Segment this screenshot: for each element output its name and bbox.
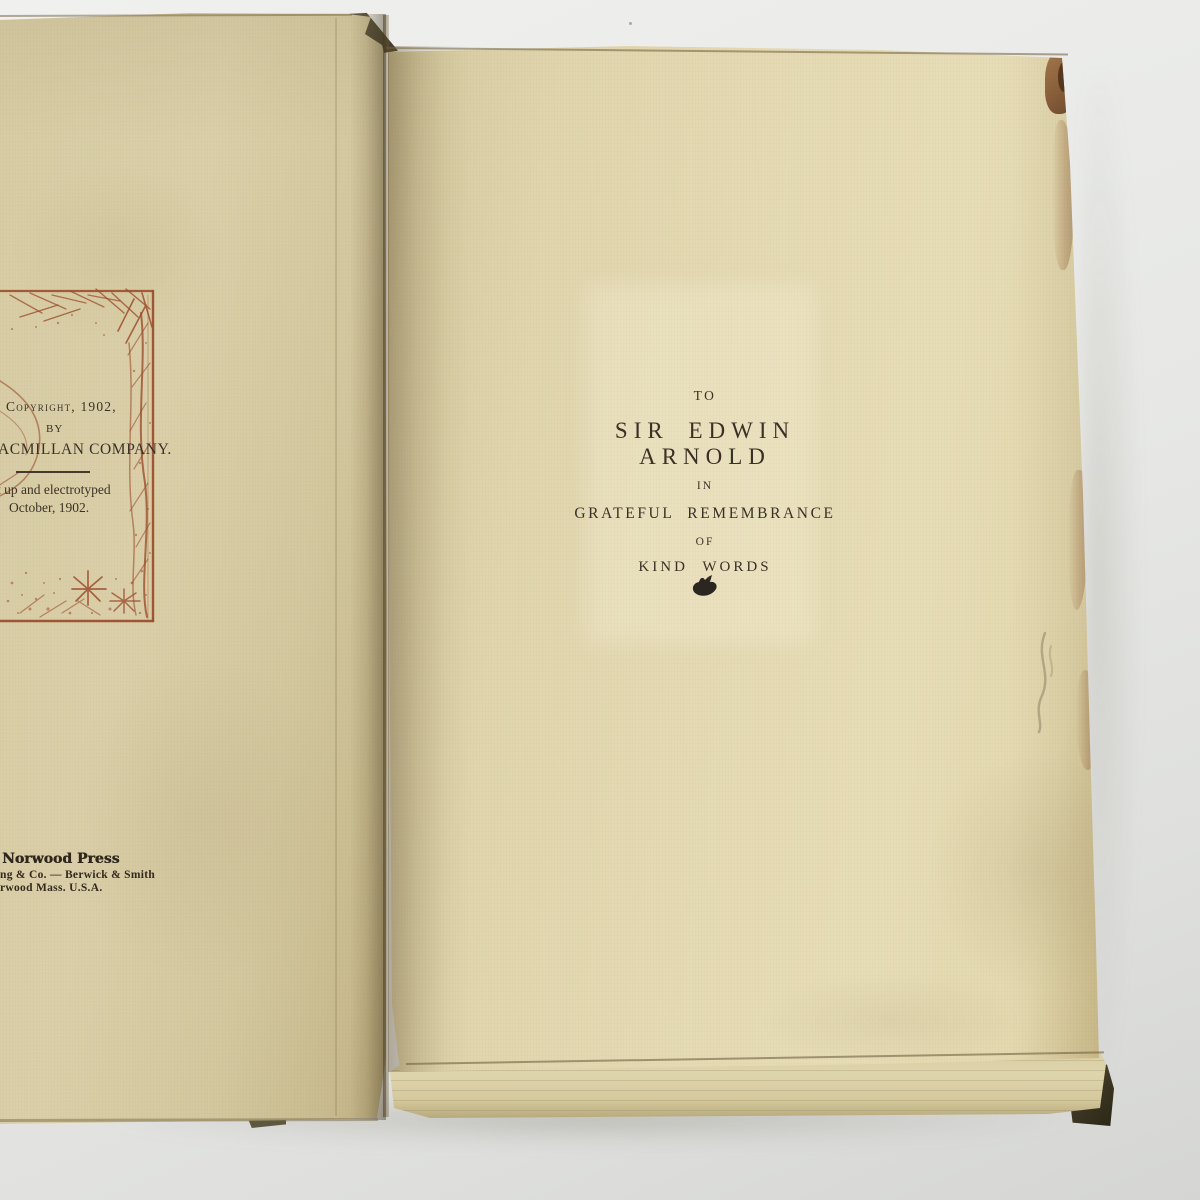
page-showthrough <box>585 284 815 644</box>
page-shading <box>0 12 390 142</box>
open-book-photo: Copyright, 1902, BY ACMILLAN COMPANY. t … <box>0 0 1200 1200</box>
dedication-to: TO <box>545 388 865 404</box>
gutter-shadow <box>350 14 386 1120</box>
dedication-of: OF <box>545 536 865 548</box>
dedication-in: IN <box>545 480 865 492</box>
ornamental-border-icon <box>0 283 170 629</box>
printers-ornament-icon <box>688 573 724 603</box>
page-stain <box>10 162 230 342</box>
page-stain <box>760 975 1020 1065</box>
printer-firms-line: ng & Co. — Berwick & Smith <box>0 869 155 881</box>
electrotype-line: t up and electrotyped <box>0 482 111 498</box>
press-name-line: Norwood Press <box>2 851 119 867</box>
copyright-by-line: BY <box>46 423 63 435</box>
dedication-kind-words: KIND WORDS <box>545 559 865 576</box>
dedication-name: SIR EDWIN ARNOLD <box>545 418 865 470</box>
page-crease <box>335 18 337 1116</box>
print-date-line: October, 1902. <box>9 500 89 516</box>
dust-speck <box>629 22 632 25</box>
dedication-block: TO SIR EDWIN ARNOLD IN GRATEFUL REMEMBRA… <box>545 388 865 576</box>
dedication-remembrance: GRATEFUL REMEMBRANCE <box>545 505 865 523</box>
gutter-shadow <box>388 46 470 1072</box>
page-stain <box>60 652 340 982</box>
publisher-line: ACMILLAN COMPANY. <box>0 441 172 459</box>
press-city-line: rwood Mass. U.S.A. <box>0 882 103 894</box>
copyright-line: Copyright, 1902, <box>6 399 117 415</box>
divider-rule <box>16 471 90 473</box>
left-page: Copyright, 1902, BY ACMILLAN COMPANY. t … <box>0 12 390 1126</box>
stain-mark <box>1015 628 1075 738</box>
right-page: TO SIR EDWIN ARNOLD IN GRATEFUL REMEMBRA… <box>380 44 1106 1076</box>
